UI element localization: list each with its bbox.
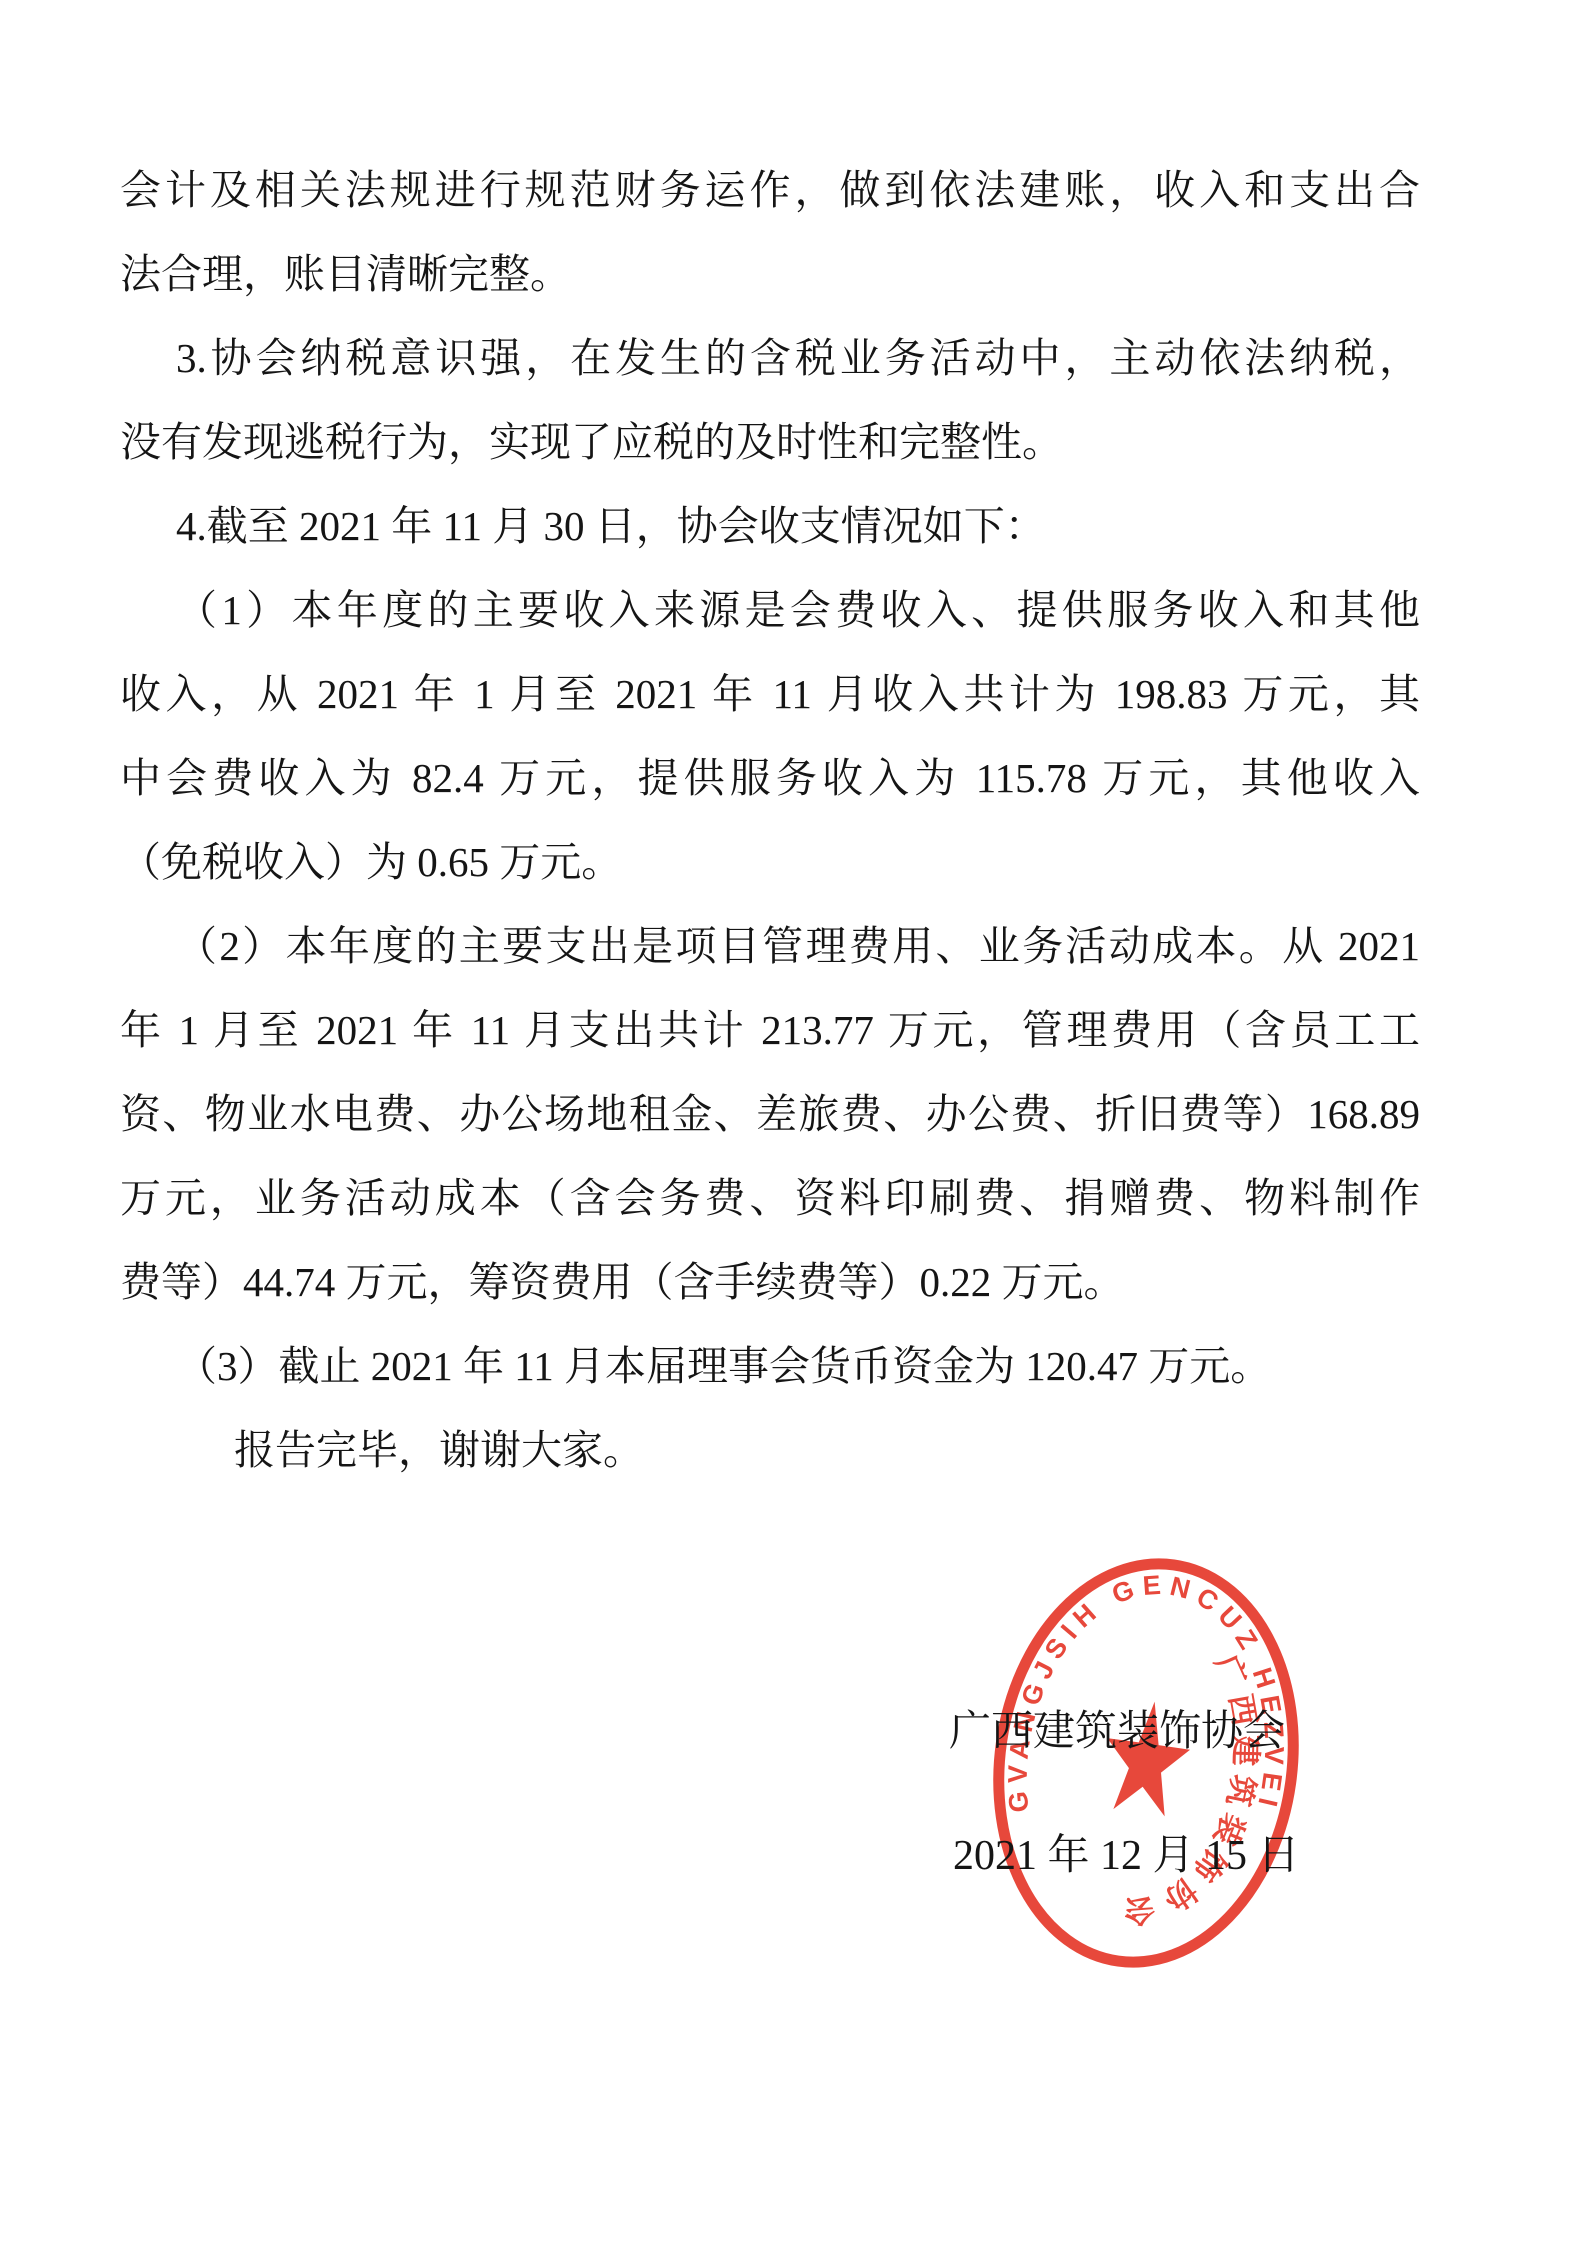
text-line: （免税收入）为 0.65 万元。	[120, 820, 1420, 904]
text-line: 万元，业务活动成本（含会务费、资料印刷费、捐赠费、物料制作	[120, 1156, 1420, 1240]
closing-date: 2021 年 12 月 15 日	[953, 1830, 1300, 1882]
text-line: 没有发现逃税行为，实现了应税的及时性和完整性。	[120, 400, 1420, 484]
text-line: 费等）44.74 万元，筹资费用（含手续费等）0.22 万元。	[120, 1240, 1420, 1324]
document-page: 会计及相关法规进行规范财务运作，做到依法建账，收入和支出合法合理，账目清晰完整。…	[0, 0, 1587, 2245]
text-line: 年 1 月至 2021 年 11 月支出共计 213.77 万元，管理费用（含员…	[120, 988, 1420, 1072]
text-line: （2）本年度的主要支出是项目管理费用、业务活动成本。从 2021	[120, 904, 1420, 988]
text-line: 中会费收入为 82.4 万元，提供服务收入为 115.78 万元，其他收入	[120, 736, 1420, 820]
text-line: 会计及相关法规进行规范财务运作，做到依法建账，收入和支出合	[120, 148, 1420, 232]
closing-signature: 广西建筑装饰协会	[949, 1706, 1285, 1758]
text-line: （1）本年度的主要收入来源是会费收入、提供服务收入和其他	[120, 568, 1420, 652]
text-line: 资、物业水电费、办公场地租金、差旅费、办公费、折旧费等）168.89	[120, 1072, 1420, 1156]
text-line: （3）截止 2021 年 11 月本届理事会货币资金为 120.47 万元。	[120, 1324, 1420, 1408]
text-line: 4.截至 2021 年 11 月 30 日，协会收支情况如下：	[120, 484, 1420, 568]
text-line: 法合理，账目清晰完整。	[120, 232, 1420, 316]
text-line: 3.协会纳税意识强，在发生的含税业务活动中，主动依法纳税，	[120, 316, 1420, 400]
text-line: 收入，从 2021 年 1 月至 2021 年 11 月收入共计为 198.83…	[120, 652, 1420, 736]
text-line: 报告完毕，谢谢大家。	[120, 1408, 1420, 1492]
document-body: 会计及相关法规进行规范财务运作，做到依法建账，收入和支出合法合理，账目清晰完整。…	[120, 148, 1420, 1492]
official-seal-stamp: GVANGJSIH GENCUZ HEZVEI 广西建筑装饰协会	[993, 1556, 1299, 1970]
